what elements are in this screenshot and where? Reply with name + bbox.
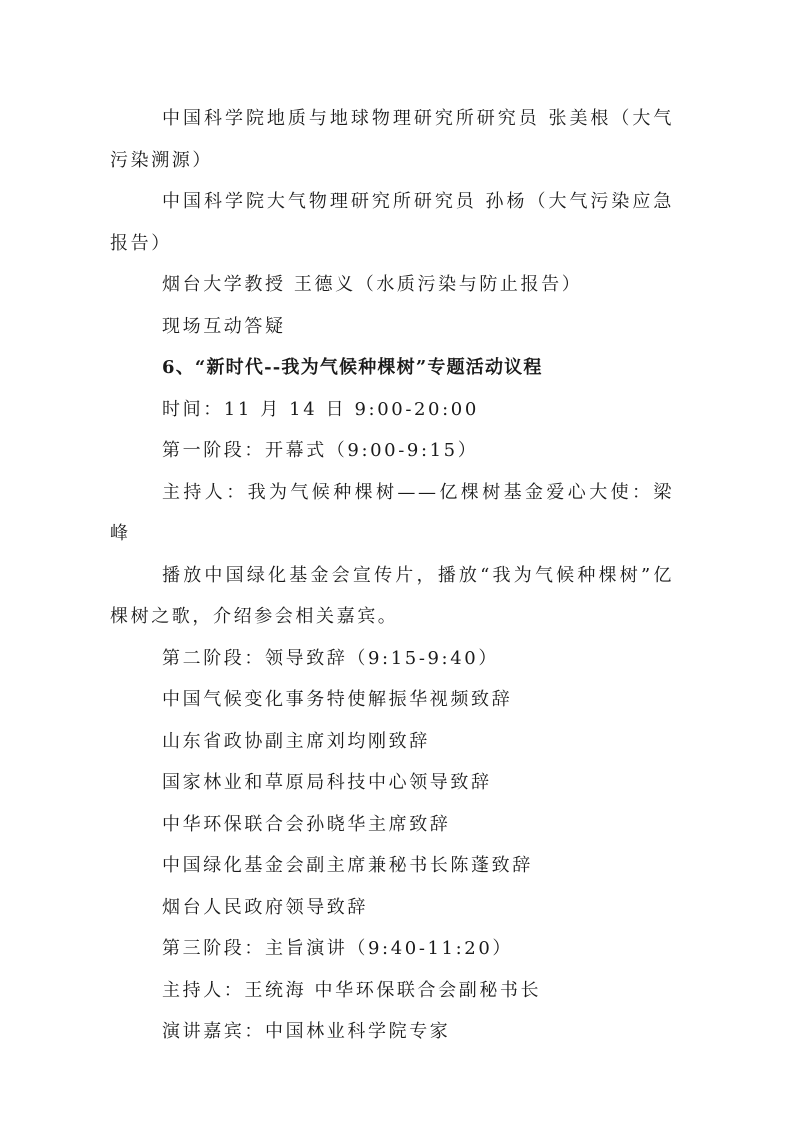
paragraph-speech-yantai-government: 烟台人民政府领导致辞 bbox=[110, 887, 674, 929]
paragraph-stage-one-host: 主持人：我为气候种棵树——亿棵树基金爱心大使：梁峰 bbox=[110, 472, 674, 555]
paragraph-speech-xie-zhenhua: 中国气候变化事务特使解振华视频致辞 bbox=[110, 679, 674, 721]
paragraph-stage-two-speeches: 第二阶段：领导致辞（9:15-9:40） bbox=[110, 638, 674, 680]
paragraph-speaker-sun-yang: 中国科学院大气物理研究所研究员 孙杨（大气污染应急报告） bbox=[110, 181, 674, 264]
paragraph-keynote-speakers: 演讲嘉宾：中国林业科学院专家 bbox=[110, 1011, 674, 1053]
paragraph-speaker-zhang-meigen: 中国科学院地质与地球物理研究所研究员 张美根（大气污染溯源） bbox=[110, 98, 674, 181]
paragraph-stage-three-keynote: 第三阶段：主旨演讲（9:40-11:20） bbox=[110, 928, 674, 970]
paragraph-speech-forestry-center: 国家林业和草原局科技中心领导致辞 bbox=[110, 762, 674, 804]
paragraph-stage-one-program: 播放中国绿化基金会宣传片，播放“我为气候种棵树”亿棵树之歌，介绍参会相关嘉宾。 bbox=[110, 555, 674, 638]
document-page: 中国科学院地质与地球物理研究所研究员 张美根（大气污染溯源） 中国科学院大气物理… bbox=[110, 98, 674, 1053]
paragraph-speech-chen-peng: 中国绿化基金会副主席兼秘书长陈蓬致辞 bbox=[110, 845, 674, 887]
paragraph-stage-one-opening: 第一阶段：开幕式（9:00-9:15） bbox=[110, 430, 674, 472]
paragraph-qa-session: 现场互动答疑 bbox=[110, 306, 674, 348]
paragraph-speech-sun-xiaohua: 中华环保联合会孙晓华主席致辞 bbox=[110, 804, 674, 846]
paragraph-speaker-wang-deyi: 烟台大学教授 王德义（水质污染与防止报告） bbox=[110, 264, 674, 306]
paragraph-stage-three-host: 主持人：王统海 中华环保联合会副秘书长 bbox=[110, 970, 674, 1012]
paragraph-event-time: 时间：11 月 14 日 9:00-20:00 bbox=[110, 389, 674, 431]
paragraph-speech-liu-jungang: 山东省政协副主席刘均刚致辞 bbox=[110, 721, 674, 763]
section-heading-tree-planting-agenda: 6、“新时代--我为气候种棵树”专题活动议程 bbox=[110, 347, 674, 389]
